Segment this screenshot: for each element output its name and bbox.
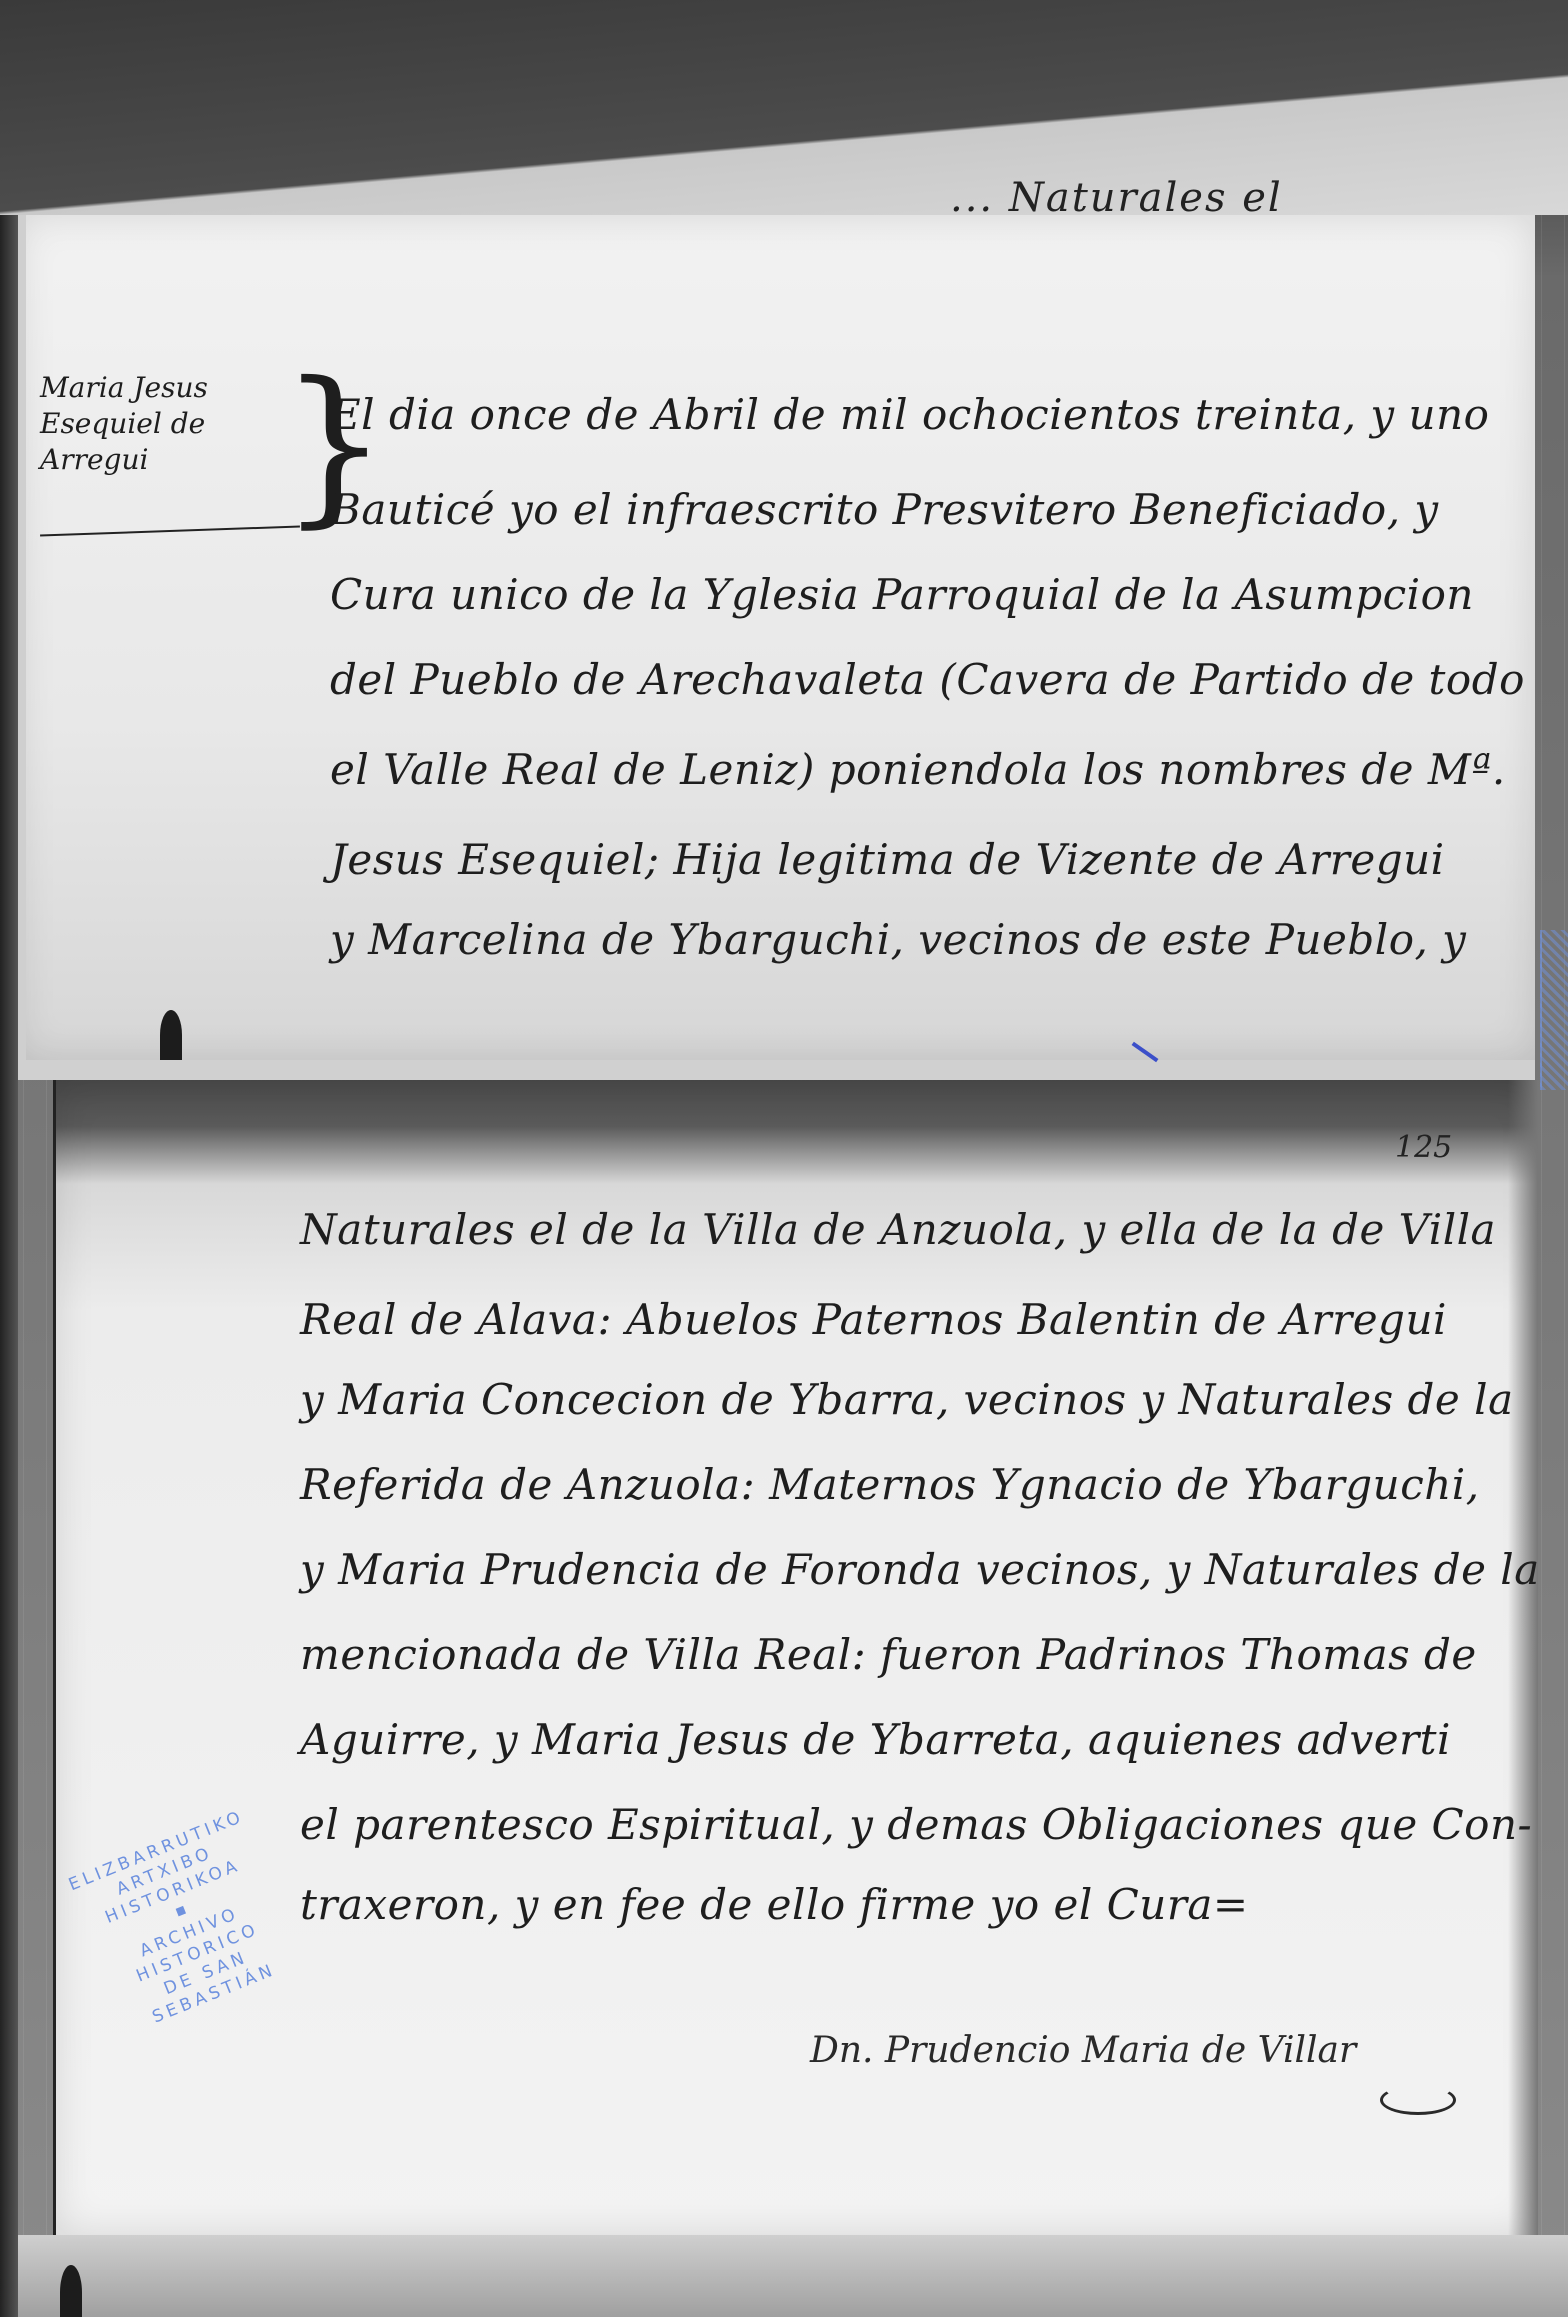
partial-archive-stamp (1540, 930, 1568, 1090)
entry-two-line: Aguirre, y Maria Jesus de Ybarreta, aqui… (300, 1715, 1451, 1764)
ink-blot (60, 2265, 82, 2317)
entry-two-line: traxeron, y en fee de ello firme yo el C… (300, 1880, 1249, 1929)
signature-rubric-icon (1380, 2085, 1456, 2115)
entry-one-line: del Pueblo de Arechavaleta (Cavera de Pa… (330, 655, 1525, 704)
entry-one-line: y Marcelina de Ybarguchi, vecinos de est… (330, 915, 1466, 964)
left-binding-edge (0, 0, 18, 2317)
entry-two-line: y Maria Concecion de Ybarra, vecinos y N… (300, 1375, 1514, 1424)
margin-note-line: Arregui (40, 442, 300, 478)
priest-signature: Dn. Prudencio Maria de Villar (810, 2030, 1356, 2071)
entry-two-line: y Maria Prudencia de Foronda vecinos, y … (300, 1545, 1540, 1594)
entry-two-line: mencionada de Villa Real: fueron Padrino… (300, 1630, 1477, 1679)
entry-one-line: el Valle Real de Leniz) poniendola los n… (330, 745, 1506, 794)
panel-edge (18, 215, 26, 1060)
panel-shadow-edge (1508, 1080, 1538, 2235)
entry-one-line: El dia once de Abril de mil ochocientos … (330, 390, 1489, 439)
entry-one-line: Cura unico de la Yglesia Parroquial de l… (330, 570, 1474, 619)
margin-note-line: Esequiel de (40, 406, 300, 442)
entry-one-line: Bauticé yo el infraescrito Presvitero Be… (330, 485, 1439, 534)
panel-separator (18, 1060, 1535, 1080)
margin-note-name: Maria Jesus Esequiel de Arregui (40, 370, 300, 478)
folio-number: 125 (1395, 1130, 1452, 1165)
margin-note-line: Maria Jesus (40, 370, 300, 406)
ink-blot (160, 1010, 182, 1060)
entry-two-line: Real de Alava: Abuelos Paternos Balentin… (300, 1295, 1447, 1344)
previous-page-strip: ... Naturales el (0, 0, 1568, 215)
entry-two-line: Naturales el de la Villa de Anzuola, y e… (300, 1205, 1496, 1254)
stamp-square-icon (176, 1906, 186, 1916)
entry-two-line: el parentesco Espiritual, y demas Obliga… (300, 1800, 1532, 1849)
next-page-strip (18, 2235, 1568, 2317)
entry-one-line: Jesus Esequiel; Hija legitima de Vizente… (330, 835, 1445, 884)
entry-two-line: Referida de Anzuola: Maternos Ygnacio de… (300, 1460, 1480, 1509)
